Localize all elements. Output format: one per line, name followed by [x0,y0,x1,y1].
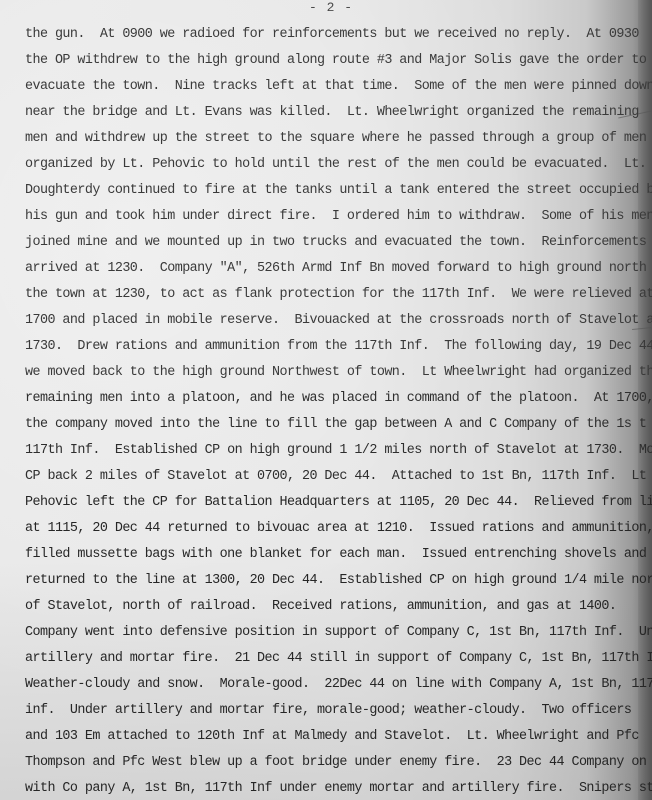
text-line: Thompson and Pfc West blew up a foot bri… [25,750,625,776]
text-line: inf. Under artillery and mortar fire, mo… [25,698,625,724]
text-line: organized by Lt. Pehovic to hold until t… [25,152,625,178]
text-line: Doughterdy continued to fire at the tank… [25,178,625,204]
text-line: returned to the line at 1300, 20 Dec 44.… [25,568,625,594]
text-line: remaining men into a platoon, and he was… [25,386,625,412]
text-line: of Stavelot, north of railroad. Received… [25,594,625,620]
text-line: Company went into defensive position in … [25,620,625,646]
text-line: 1700 and placed in mobile reserve. Bivou… [25,308,625,334]
text-line: and 103 Em attached to 120th Inf at Malm… [25,724,625,750]
text-line: we moved back to the high ground Northwe… [25,360,625,386]
text-line: the OP withdrew to the high ground along… [25,48,625,74]
text-line: Pehovic left the CP for Battalion Headqu… [25,490,625,516]
text-line: men and withdrew up the street to the sq… [25,126,625,152]
text-line: 117th Inf. Established CP on high ground… [25,438,625,464]
text-line: the town at 1230, to act as flank protec… [25,282,625,308]
page-number: - 2 - [0,0,652,15]
text-line: the company moved into the line to fill … [25,412,625,438]
text-line: at 1115, 20 Dec 44 returned to bivouac a… [25,516,625,542]
text-line: filled mussette bags with one blanket fo… [25,542,625,568]
document-page: - 2 - the gun. At 0900 we radioed for re… [0,0,652,800]
text-line: his gun and took him under direct fire. … [25,204,625,230]
text-line: near the bridge and Lt. Evans was killed… [25,100,625,126]
text-line: artillery and mortar fire. 21 Dec 44 sti… [25,646,625,672]
text-line: 1730. Drew rations and ammunition from t… [25,334,625,360]
text-line: evacuate the town. Nine tracks left at t… [25,74,625,100]
text-line: CP back 2 miles of Stavelot at 0700, 20 … [25,464,625,490]
text-line: Weather-cloudy and snow. Morale-good. 22… [25,672,625,698]
text-line: joined mine and we mounted up in two tru… [25,230,625,256]
text-line: arrived at 1230. Company "A", 526th Armd… [25,256,625,282]
text-line: with Co pany A, 1st Bn, 117th Inf under … [25,776,625,800]
text-line: the gun. At 0900 we radioed for reinforc… [25,22,625,48]
typewritten-body: the gun. At 0900 we radioed for reinforc… [25,22,625,800]
